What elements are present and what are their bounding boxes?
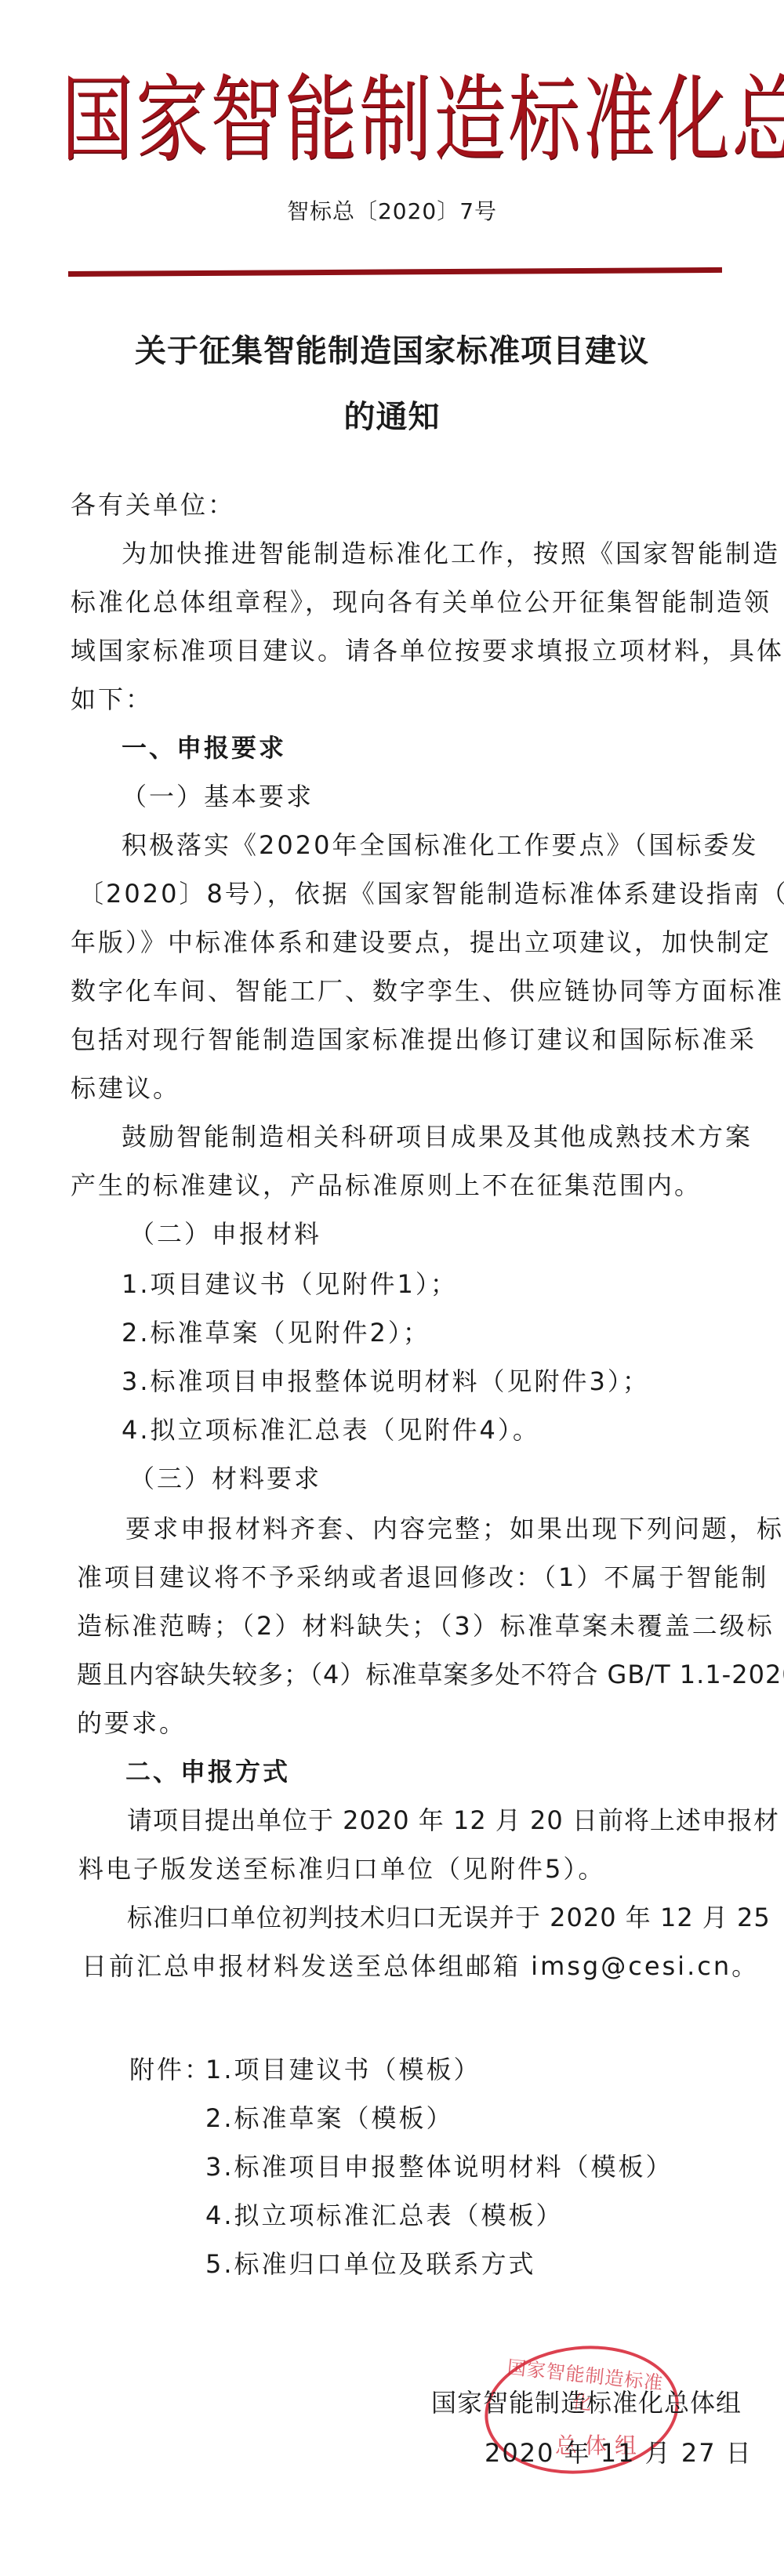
letterhead-char: 能 <box>285 45 359 180</box>
basic-req-line: 积极落实《2020年全国标准化工作要点》（国标委发 <box>122 829 772 861</box>
document-number: 智标总〔2020〕7号 <box>0 194 784 226</box>
subsection-heading-material-requirements: （三）材料要求 <box>129 1463 780 1494</box>
submission-line: 日前汇总申报材料发送至总体组邮箱 imsg@cesi.cn。 <box>82 1950 732 1982</box>
letterhead-char: 制 <box>359 45 434 180</box>
letterhead-char: 智 <box>210 45 285 180</box>
notice-title-line-1: 关于征集智能制造国家标准项目建议 <box>0 326 784 371</box>
red-divider <box>68 267 722 277</box>
letterhead-char: 总 <box>731 45 784 180</box>
notice-title-line-2: 的通知 <box>0 392 784 437</box>
encourage-line: 鼓励智能制造相关科研项目成果及其他成熟技术方案 <box>122 1121 772 1152</box>
subsection-heading-materials: （二）申报材料 <box>129 1218 780 1250</box>
salutation: 各有关单位： <box>71 489 721 521</box>
intro-line: 为加快推进智能制造标准化工作，按照《国家智能制造 <box>122 538 721 569</box>
material-item: 2.标准草案（见附件2）； <box>122 1317 772 1348</box>
intro-line: 如下： <box>71 684 721 715</box>
letterhead-char: 家 <box>136 45 210 180</box>
basic-req-line: 数字化车间、智能工厂、数字孪生、供应链协同等方面标准， <box>71 975 721 1007</box>
encourage-line: 产生的标准建议，产品标准原则上不在征集范围内。 <box>71 1170 721 1201</box>
submission-line: 料电子版发送至标准归口单位（见附件5）。 <box>78 1853 729 1885</box>
intro-line: 标准化总体组章程》，现向各有关单位公开征集智能制造领 <box>71 586 721 618</box>
attachment-item: 2.标准草案（模板） <box>205 2103 784 2134</box>
material-req-line: 要求申报材料齐套、内容完整；如果出现下列问题，标 <box>125 1513 776 1544</box>
material-req-line: 准项目建议将不予采纳或者退回修改：（1）不属于智能制 <box>77 1562 728 1593</box>
material-item: 4.拟立项标准汇总表（见附件4）。 <box>122 1414 772 1446</box>
letterhead-char: 标 <box>508 45 583 180</box>
signature-organization: 国家智能制造标准化总体组 <box>431 2383 745 2419</box>
section-heading-1: 一、申报要求 <box>122 732 772 764</box>
subsection-heading-basic-requirements: （一）基本要求 <box>122 781 772 812</box>
material-req-line: 题且内容缺失较多；（4）标准草案多处不符合 GB/T 1.1-2020 <box>77 1659 728 1690</box>
letterhead-char: 造 <box>434 45 508 180</box>
basic-req-line: 年版）》中标准体系和建设要点，提出立项建议，加快制定 <box>71 927 721 958</box>
submission-line: 请项目提出单位于 2020 年 12 月 20 日前将上述申报材 <box>127 1805 778 1836</box>
letterhead-char: 国 <box>61 45 136 180</box>
basic-req-line: 包括对现行智能制造国家标准提出修订建议和国际标准采 <box>71 1024 721 1055</box>
material-req-line: 的要求。 <box>77 1707 728 1739</box>
attachment-item: 4.拟立项标准汇总表（模板） <box>205 2200 784 2231</box>
intro-line: 域国家标准项目建议。请各单位按要求填报立项材料，具体 <box>71 635 721 666</box>
attachment-item: 3.标准项目申报整体说明材料（模板） <box>205 2151 784 2182</box>
letterhead-char: 准 <box>583 45 657 180</box>
material-req-line: 造标准范畴；（2）材料缺失；（3）标准草案未覆盖二级标 <box>77 1610 728 1642</box>
material-item: 1.项目建议书（见附件1）； <box>122 1268 772 1300</box>
attachment-item: 1.项目建议书（模板） <box>205 2054 784 2085</box>
basic-req-line: 标建议。 <box>71 1072 721 1104</box>
material-item: 3.标准项目申报整体说明材料（见附件3）； <box>122 1366 772 1397</box>
letterhead-char: 化 <box>657 45 731 180</box>
attachment-item: 5.标准归口单位及联系方式 <box>205 2248 784 2280</box>
submission-line: 标准归口单位初判技术归口无误并于 2020 年 12 月 25 <box>127 1902 778 1933</box>
signature-date: 2020 年 11 月 27 日 <box>485 2433 753 2469</box>
letterhead-title: 国 家 智 能 制 造 标 准 化 总 体 组 <box>61 46 728 179</box>
section-heading-2: 二、申报方式 <box>125 1756 776 1787</box>
basic-req-line: 〔2020〕8号），依据《国家智能制造标准体系建设指南（2018 <box>78 878 729 909</box>
